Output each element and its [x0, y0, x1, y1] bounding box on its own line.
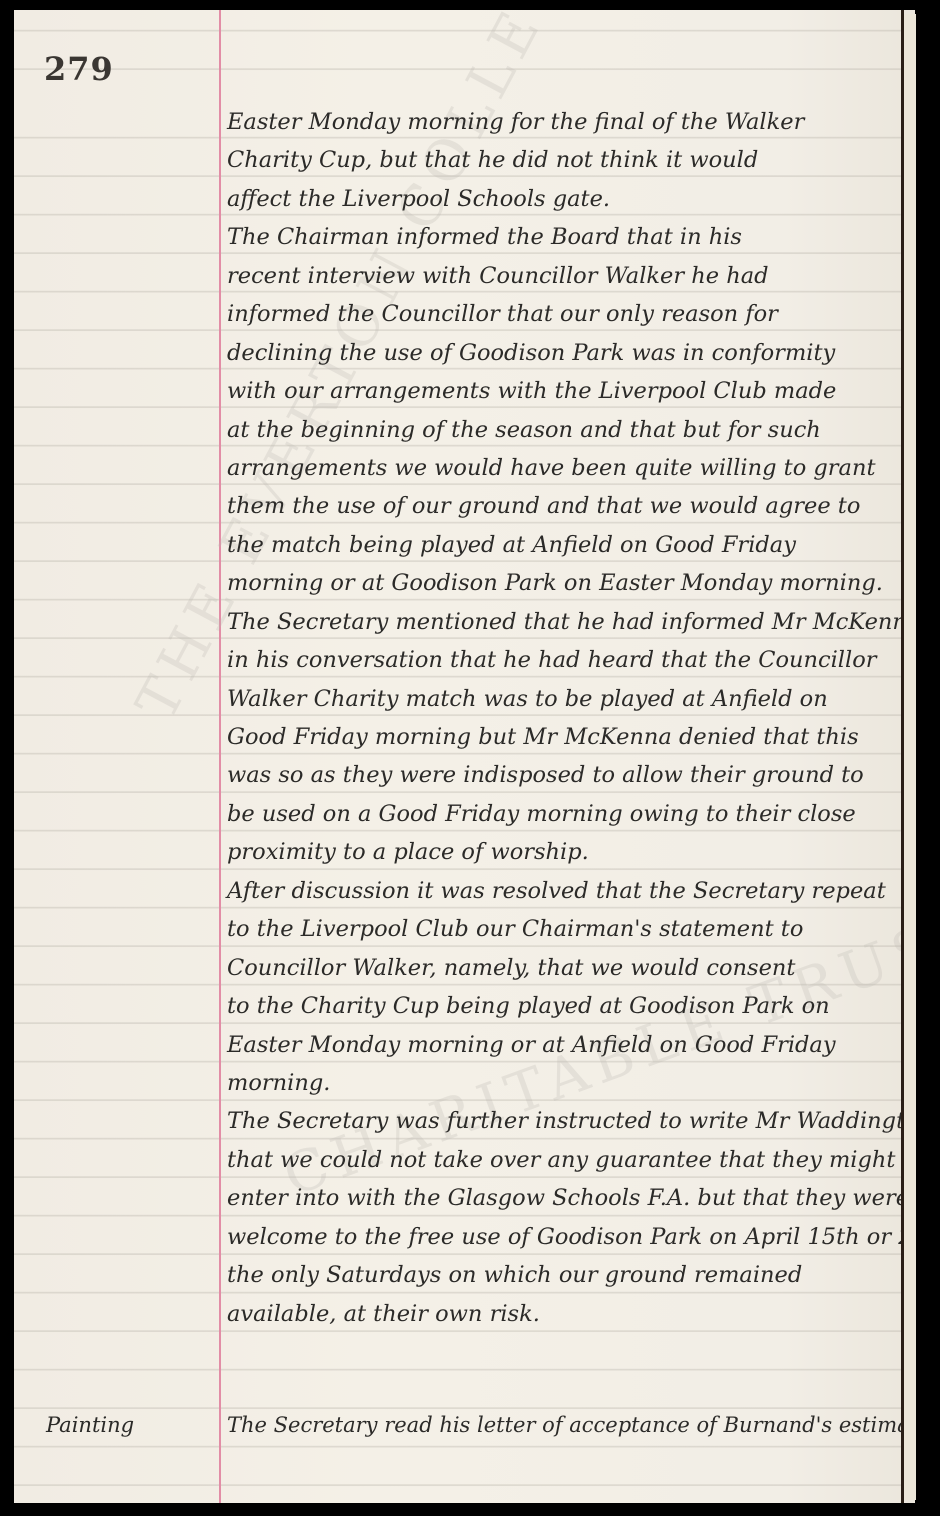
text-line: the match being played at Anfield on Goo… — [227, 526, 907, 564]
text-line: The Secretary mentioned that he had info… — [227, 603, 907, 641]
text-line: Charity Cup, but that he did not think i… — [227, 141, 907, 179]
text-line: Councillor Walker, namely, that we would… — [227, 949, 907, 987]
text-line: After discussion it was resolved that th… — [227, 872, 907, 910]
text-line: welcome to the free use of Goodison Park… — [227, 1218, 907, 1256]
text-line: proximity to a place of worship. — [227, 833, 907, 871]
text-line: them the use of our ground and that we w… — [227, 487, 907, 525]
text-line: Easter Monday morning for the final of t… — [227, 103, 907, 141]
text-line: in his conversation that he had heard th… — [227, 641, 907, 679]
text-line: arrangements we would have been quite wi… — [227, 449, 907, 487]
text-line: The Chairman informed the Board that in … — [227, 218, 907, 256]
text-line: Easter Monday morning or at Anfield on G… — [227, 1026, 907, 1064]
ledger-page: THE EVERTON COLLECTION CHARITABLE TRUST … — [14, 10, 915, 1503]
facing-page-edge — [904, 14, 916, 1500]
text-line: to the Charity Cup being played at Goodi… — [227, 987, 907, 1025]
text-line: that we could not take over any guarante… — [227, 1141, 907, 1179]
text-line: informed the Councillor that our only re… — [227, 295, 907, 333]
text-line: be used on a Good Friday morning owing t… — [227, 795, 907, 833]
page-number: 279 — [44, 50, 114, 88]
margin-heading-painting: Painting — [46, 1413, 134, 1437]
text-line: affect the Liverpool Schools gate. — [227, 180, 907, 218]
text-line: to the Liverpool Club our Chairman's sta… — [227, 910, 907, 948]
text-line: morning. — [227, 1064, 907, 1102]
text-line: at the beginning of the season and that … — [227, 411, 907, 449]
text-line-final: The Secretary read his letter of accepta… — [227, 1413, 915, 1437]
minutes-body: Easter Monday morning for the final of t… — [227, 103, 907, 1333]
margin-rule — [219, 10, 221, 1503]
text-line: Walker Charity match was to be played at… — [227, 680, 907, 718]
text-line: The Secretary was further instructed to … — [227, 1102, 907, 1140]
text-line: recent interview with Councillor Walker … — [227, 257, 907, 295]
text-line: with our arrangements with the Liverpool… — [227, 372, 907, 410]
text-line: the only Saturdays on which our ground r… — [227, 1256, 907, 1294]
text-line: morning or at Goodison Park on Easter Mo… — [227, 564, 907, 602]
text-line: declining the use of Goodison Park was i… — [227, 334, 907, 372]
text-line: enter into with the Glasgow Schools F.A.… — [227, 1179, 907, 1217]
text-line: Good Friday morning but Mr McKenna denie… — [227, 718, 907, 756]
text-line: was so as they were indisposed to allow … — [227, 756, 907, 794]
text-line: available, at their own risk. — [227, 1295, 907, 1333]
